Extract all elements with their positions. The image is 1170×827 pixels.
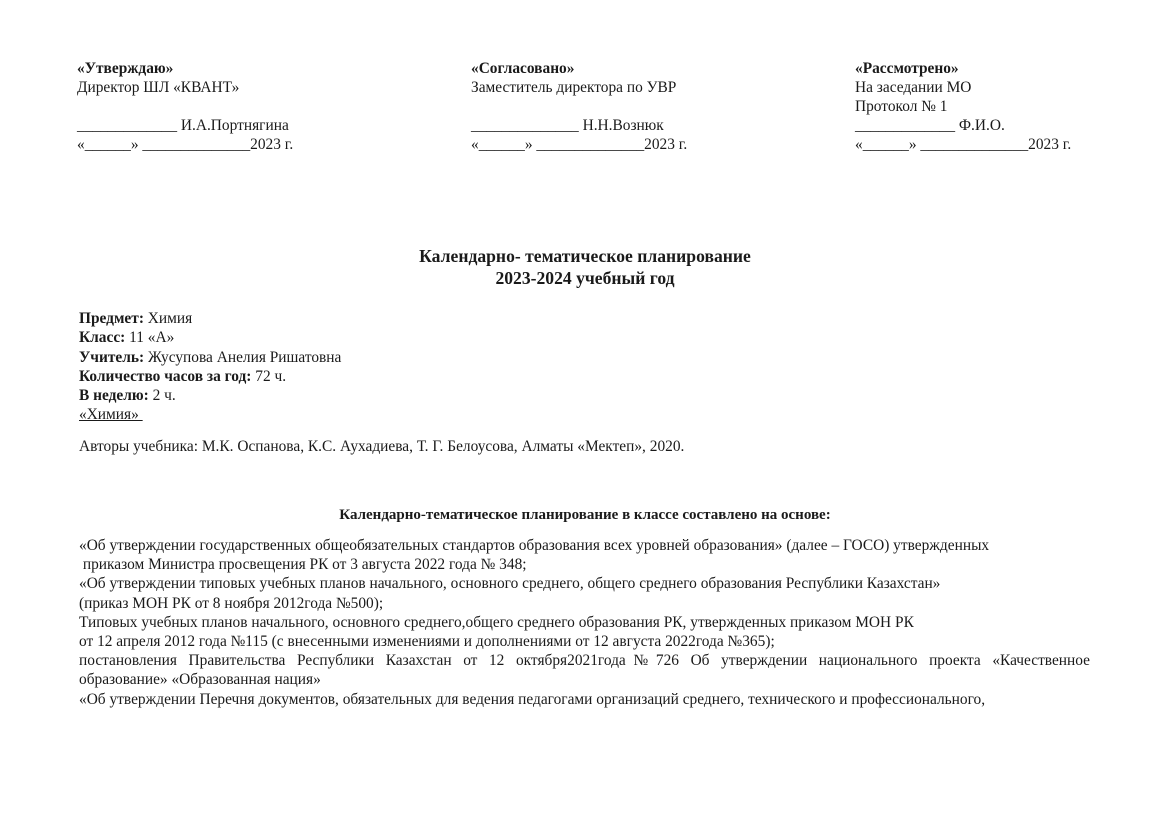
spacer — [77, 97, 293, 116]
approval-block-agreed: «Согласовано» Заместитель директора по У… — [471, 59, 687, 154]
approval-signature: _____________ Ф.И.О. — [855, 116, 1071, 135]
approval-date: «______» ______________2023 г. — [77, 135, 293, 154]
basis-documents: «Об утверждении государственных общеобяз… — [79, 536, 1090, 709]
teacher-row: Учитель: Жусупова Анелия Ришатовна — [79, 348, 341, 367]
basis-heading: Календарно-тематическое планирование в к… — [0, 506, 1170, 525]
hours-year-label: Количество часов за год: — [79, 368, 251, 385]
textbook-title: «Химия» — [79, 405, 341, 424]
basis-line: постановления Правительства Республики К… — [79, 651, 1090, 670]
spacer — [471, 97, 687, 116]
hours-week-label: В неделю: — [79, 387, 149, 404]
basis-line: (приказ МОН РК от 8 ноября 2012года №500… — [79, 594, 1090, 613]
approval-block-approve: «Утверждаю» Директор ШЛ «КВАНТ» ________… — [77, 59, 293, 154]
teacher-label: Учитель: — [79, 349, 144, 366]
basis-line: образование» «Образованная нация» — [79, 670, 1090, 689]
approval-date: «______» ______________2023 г. — [471, 135, 687, 154]
subject-row: Предмет: Химия — [79, 309, 341, 328]
approval-signature: ______________ Н.Н.Вознюк — [471, 116, 687, 135]
hours-year-row: Количество часов за год: 72 ч. — [79, 367, 341, 386]
class-label: Класс: — [79, 329, 125, 346]
document-title: Календарно- тематическое планирование 20… — [0, 245, 1170, 289]
title-line-1: Календарно- тематическое планирование — [0, 245, 1170, 267]
subject-value: Химия — [144, 310, 192, 327]
class-row: Класс: 11 «А» — [79, 328, 341, 347]
approval-heading: «Рассмотрено» — [855, 59, 1071, 78]
textbook-authors: Авторы учебника: М.К. Оспанова, К.С. Аух… — [79, 437, 684, 456]
class-value: 11 «А» — [125, 329, 174, 346]
subject-label: Предмет: — [79, 310, 144, 327]
approval-position: Директор ШЛ «КВАНТ» — [77, 78, 293, 97]
approval-meeting: На заседании МО — [855, 78, 1071, 97]
hours-week-row: В неделю: 2 ч. — [79, 386, 341, 405]
basis-line: «Об утверждении государственных общеобяз… — [79, 536, 1090, 555]
basis-line: «Об утверждении Перечня документов, обяз… — [79, 690, 1090, 709]
approval-heading: «Утверждаю» — [77, 59, 293, 78]
teacher-value: Жусупова Анелия Ришатовна — [144, 349, 341, 366]
basis-line: «Об утверждении типовых учебных планов н… — [79, 574, 1090, 593]
hours-week-value: 2 ч. — [149, 387, 176, 404]
title-line-2: 2023-2024 учебный год — [0, 267, 1170, 289]
approval-signature: _____________ И.А.Портнягина — [77, 116, 293, 135]
approval-date: «______» ______________2023 г. — [855, 135, 1071, 154]
course-info: Предмет: Химия Класс: 11 «А» Учитель: Жу… — [79, 309, 341, 425]
approval-heading: «Согласовано» — [471, 59, 687, 78]
approval-block-reviewed: «Рассмотрено» На заседании МО Протокол №… — [855, 59, 1071, 154]
basis-line: от 12 апреля 2012 года №115 (с внесенным… — [79, 632, 1090, 651]
basis-line: приказом Министра просвещения РК от 3 ав… — [79, 555, 1090, 574]
basis-line: Типовых учебных планов начального, основ… — [79, 613, 1090, 632]
approval-position: Заместитель директора по УВР — [471, 78, 687, 97]
hours-year-value: 72 ч. — [251, 368, 286, 385]
approval-protocol: Протокол № 1 — [855, 97, 1071, 116]
